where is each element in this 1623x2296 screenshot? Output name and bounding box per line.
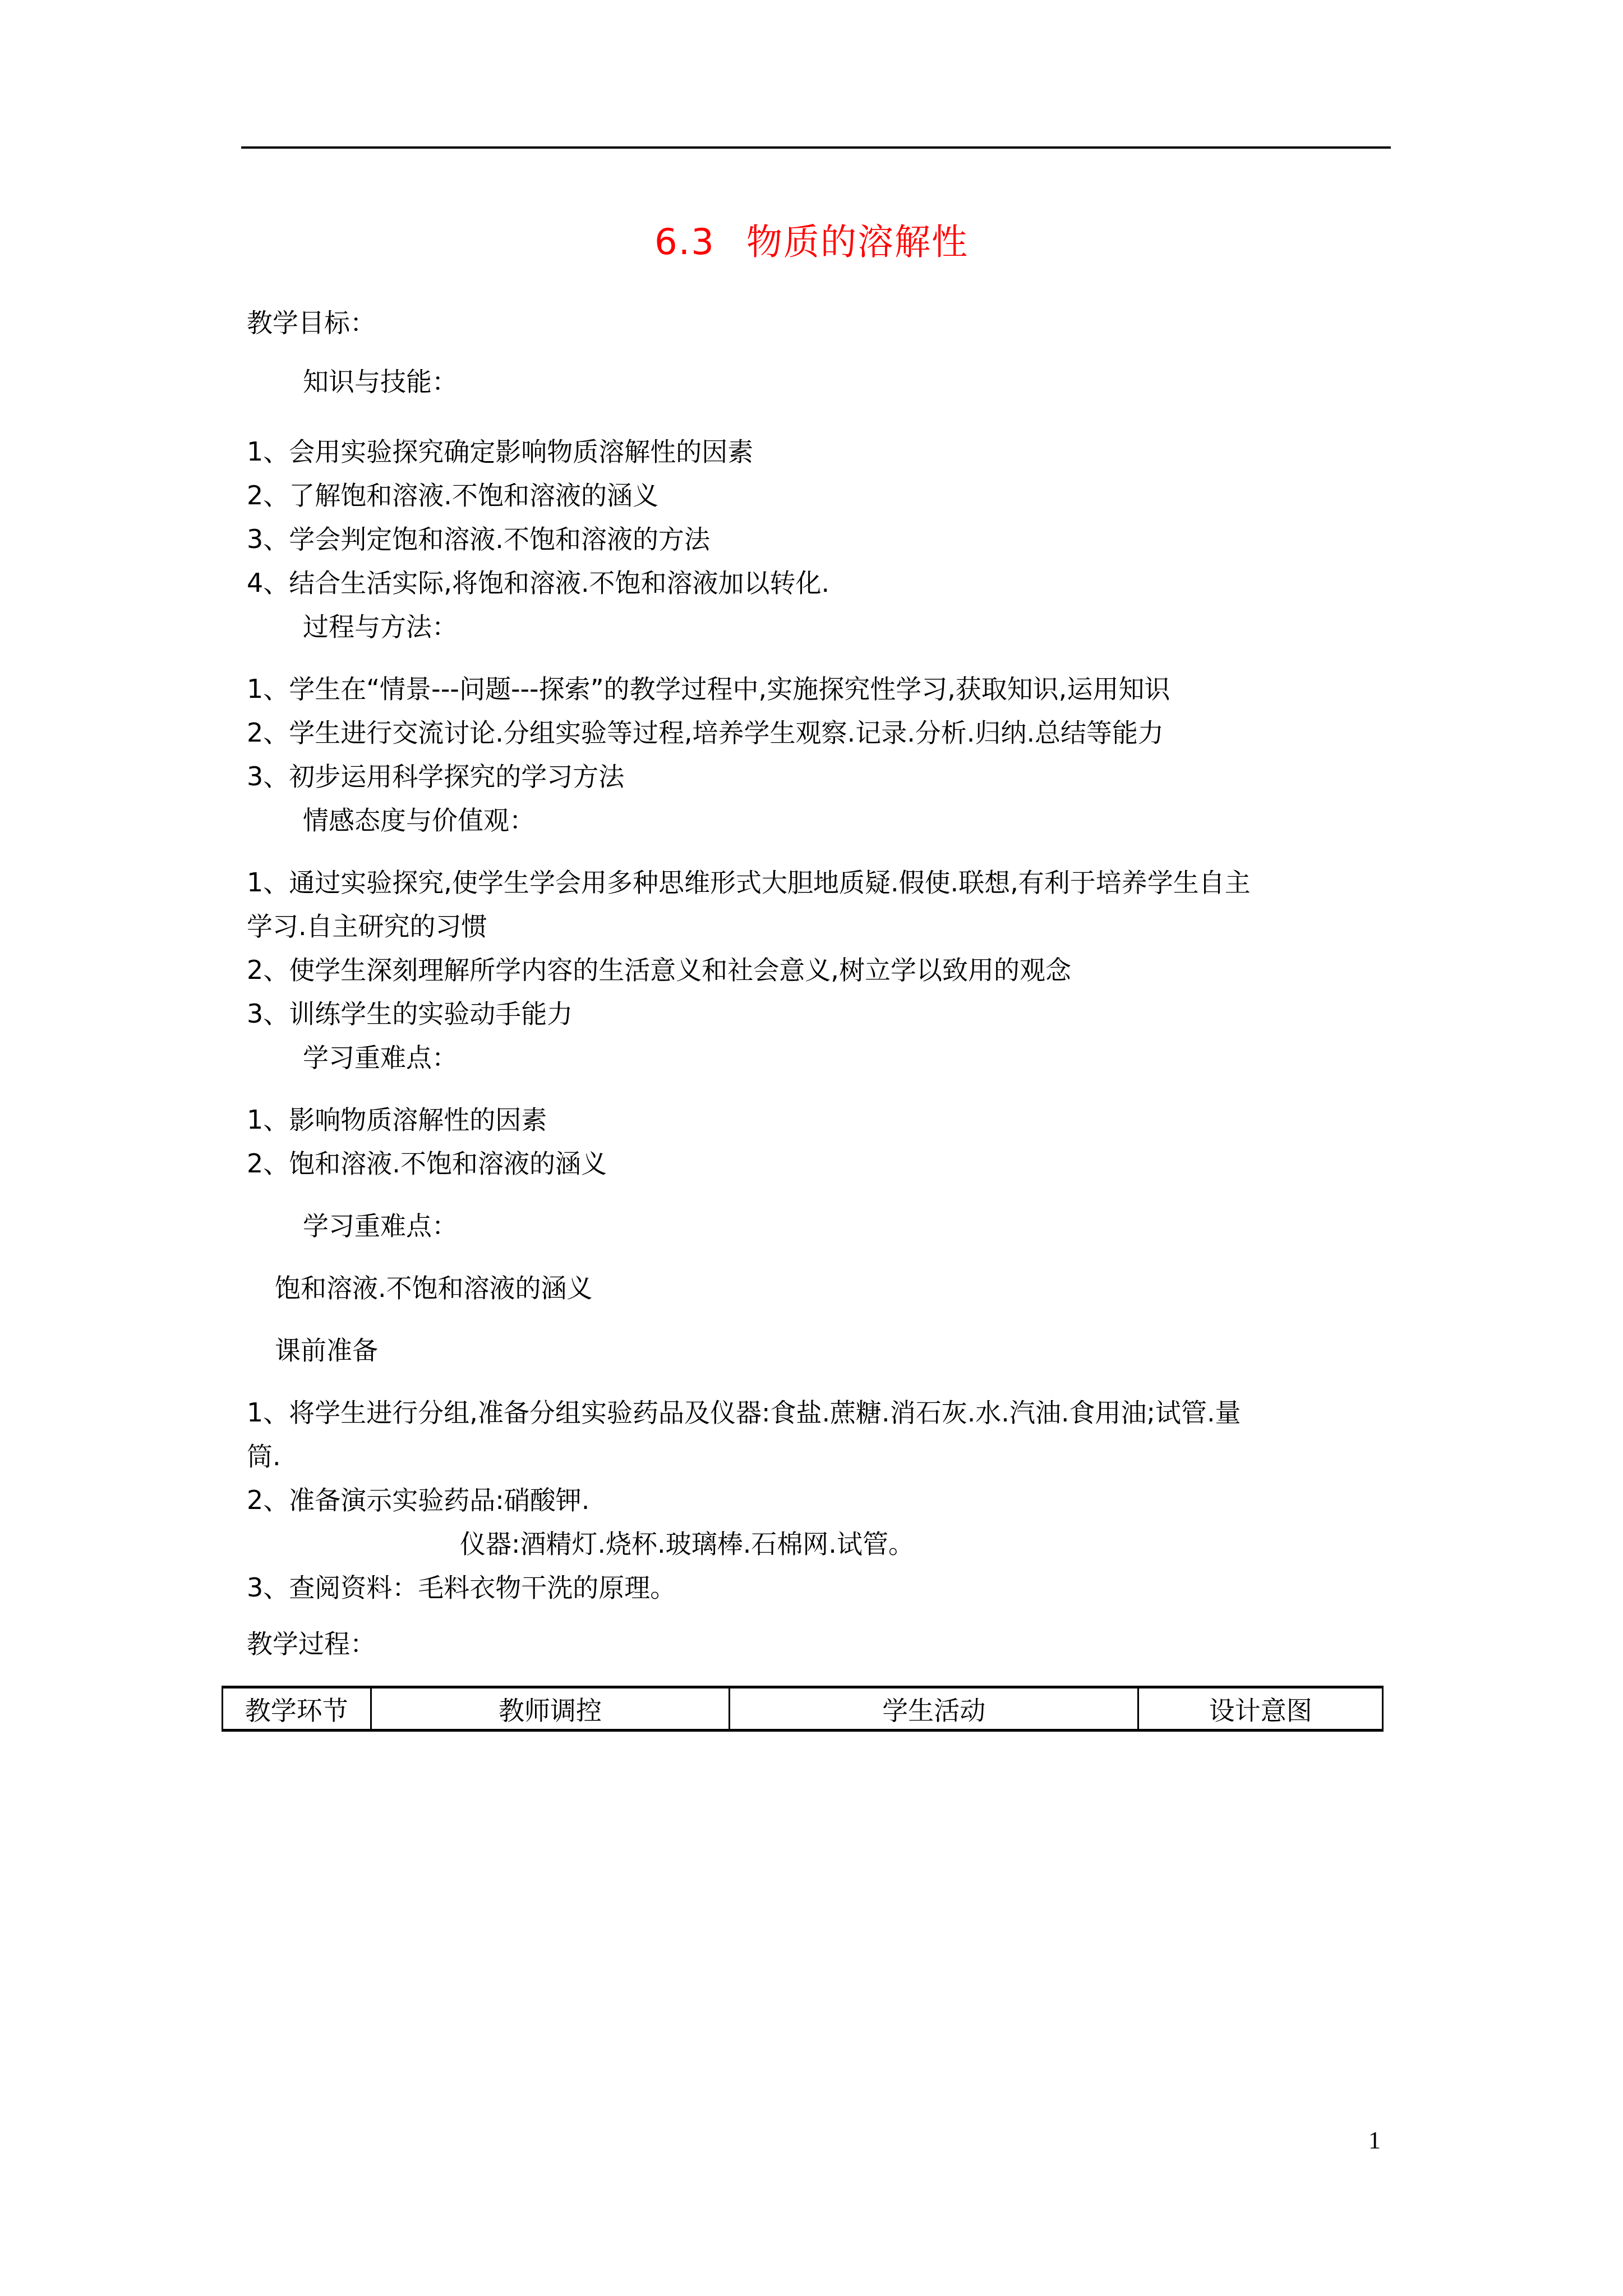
emotion-heading: 情感态度与价值观： [303,803,535,837]
emotion-item: 1、通过实验探究,使学生学会用多种思维形式大胆地质疑.假使.联想,有利于培养学生… [247,866,1251,899]
process-item: 1、学生在“情景---问题---探索”的教学过程中,实施探究性学习,获取知识,运… [247,672,1170,706]
knowledge-item: 2、了解饱和溶液.不饱和溶液的涵义 [247,478,658,512]
process-item: 2、学生进行交流讨论.分组实验等过程,培养学生观察.记录.分析.归纳.总结等能力 [247,716,1164,749]
procedure-table: 教学环节 教师调控 学生活动 设计意图 [222,1686,1384,1732]
difficulty-heading: 学习重难点： [303,1209,458,1243]
table-header-cell: 设计意图 [1138,1687,1383,1731]
preparation-item: 仪器:酒精灯.烧杯.玻璃棒.石棉网.试管。 [460,1527,914,1561]
table-header-cell: 教师调控 [371,1687,730,1731]
emotion-item: 2、使学生深刻理解所学内容的生活意义和社会意义,树立学以致用的观念 [247,953,1071,987]
preparation-item: 2、准备演示实验药品:硝酸钾. [247,1483,589,1517]
procedure-heading: 教学过程： [247,1627,376,1660]
key-point-item: 2、饱和溶液.不饱和溶液的涵义 [247,1147,607,1180]
table-header-row: 教学环节 教师调控 学生活动 设计意图 [223,1687,1383,1731]
page-title: 6.3物质的溶解性 [0,213,1623,265]
knowledge-item: 1、会用实验探究确定影响物质溶解性的因素 [247,435,753,468]
objectives-heading: 教学目标： [247,306,376,339]
preparation-heading: 课前准备 [275,1333,378,1367]
header-rule [241,146,1391,149]
emotion-item: 3、训练学生的实验动手能力 [247,997,573,1030]
preparation-item: 筒. [247,1439,281,1473]
preparation-item: 3、查阅资料：毛料衣物干洗的原理。 [247,1571,676,1604]
process-item: 3、初步运用科学探究的学习方法 [247,760,624,793]
title-number: 6.3 [654,222,715,263]
knowledge-heading: 知识与技能： [303,365,458,398]
preparation-item: 1、将学生进行分组,准备分组实验药品及仪器:食盐.蔗糖.消石灰.水.汽油.食用油… [247,1396,1241,1429]
key-points-heading: 学习重难点： [303,1041,458,1074]
knowledge-item: 4、结合生活实际,将饱和溶液.不饱和溶液加以转化. [247,566,829,600]
process-heading: 过程与方法： [303,610,458,643]
title-text: 物质的溶解性 [746,222,969,263]
difficulty-text: 饱和溶液.不饱和溶液的涵义 [275,1271,593,1305]
key-point-item: 1、影响物质溶解性的因素 [247,1103,547,1137]
table-header-cell: 学生活动 [730,1687,1138,1731]
knowledge-item: 3、学会判定饱和溶液.不饱和溶液的方法 [247,522,710,556]
emotion-item: 学习.自主研究的习惯 [247,909,487,943]
page-number: 1 [1368,2126,1381,2155]
table-header-cell: 教学环节 [223,1687,371,1731]
